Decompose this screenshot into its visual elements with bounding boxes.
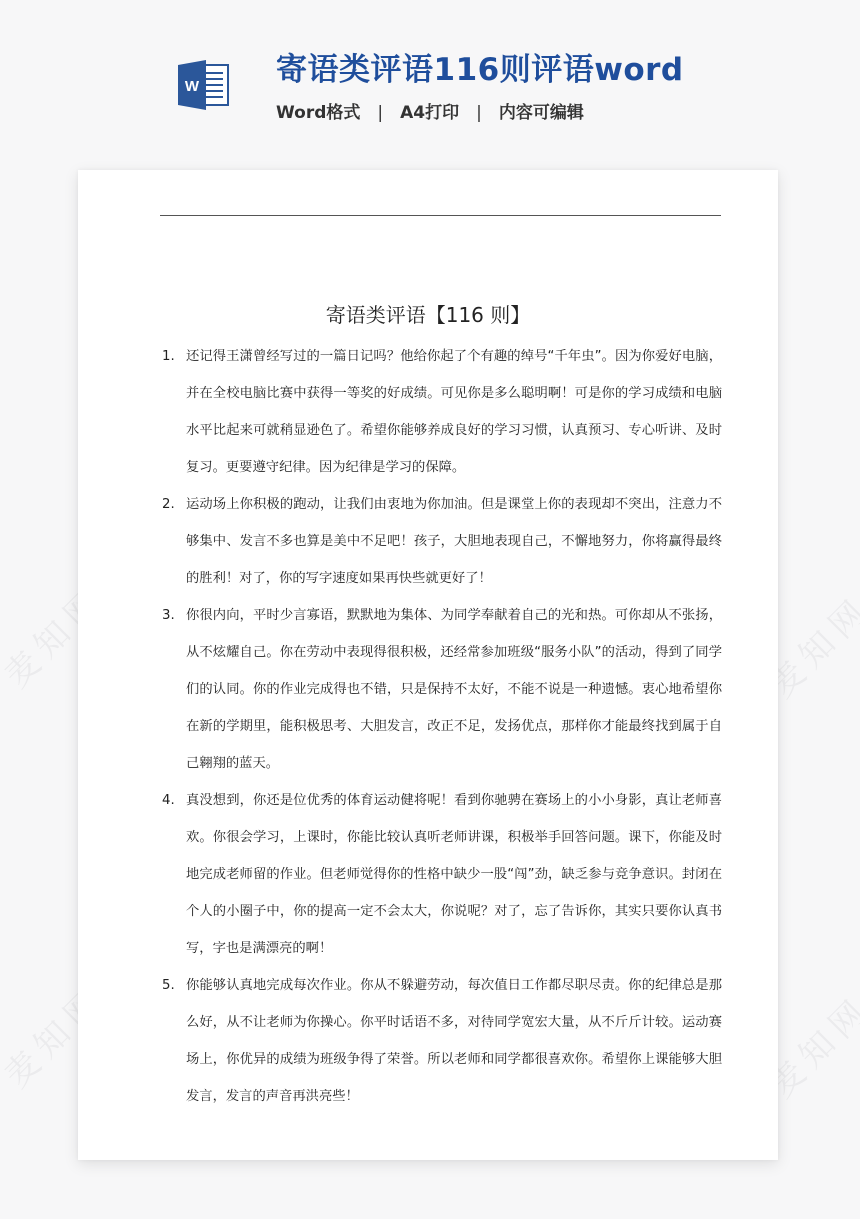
item-number: 3. xyxy=(162,597,175,634)
item-number: 2. xyxy=(162,486,175,523)
separator: | xyxy=(377,100,383,126)
document-tags: Word格式 | A4打印 | 内容可编辑 xyxy=(276,100,584,126)
item-text: 还记得王潇曾经写过的一篇日记吗？他给你起了个有趣的绰号“千年虫”。因为你爱好电脑… xyxy=(186,349,722,475)
list-item: 3. 你很内向，平时少言寡语，默默地为集体、为同学奉献着自己的光和热。可你却从不… xyxy=(160,597,722,782)
document-page: 寄语类评语【116 则】 1. 还记得王潇曾经写过的一篇日记吗？他给你起了个有趣… xyxy=(78,170,778,1160)
list-item: 4. 真没想到，你还是位优秀的体育运动健将呢！看到你驰骋在赛场上的小小身影，真让… xyxy=(160,782,722,967)
tag-print: A4打印 xyxy=(400,100,459,126)
item-number: 1. xyxy=(162,338,175,375)
list-item: 1. 还记得王潇曾经写过的一篇日记吗？他给你起了个有趣的绰号“千年虫”。因为你爱… xyxy=(160,338,722,486)
tag-format: Word格式 xyxy=(276,100,360,126)
content-title: 寄语类评语【116 则】 xyxy=(78,300,778,330)
preview-header: W 寄语类评语116则评语word Word格式 | A4打印 | 内容可编辑 xyxy=(0,0,860,150)
svg-text:W: W xyxy=(185,78,200,95)
tag-editable: 内容可编辑 xyxy=(499,100,584,126)
item-text: 你能够认真地完成每次作业。你从不躲避劳动，每次值日工作都尽职尽责。你的纪律总是那… xyxy=(186,978,722,1104)
item-number: 4. xyxy=(162,782,175,819)
item-text: 运动场上你积极的跑动，让我们由衷地为你加油。但是课堂上你的表现却不突出，注意力不… xyxy=(186,497,722,586)
separator: | xyxy=(476,100,482,126)
item-text: 真没想到，你还是位优秀的体育运动健将呢！看到你驰骋在赛场上的小小身影，真让老师喜… xyxy=(186,793,722,956)
item-text: 你很内向，平时少言寡语，默默地为集体、为同学奉献着自己的光和热。可你却从不张扬，… xyxy=(186,608,722,771)
word-icon: W xyxy=(176,58,230,112)
list-item: 5. 你能够认真地完成每次作业。你从不躲避劳动，每次值日工作都尽职尽责。你的纪律… xyxy=(160,967,722,1115)
comment-list: 1. 还记得王潇曾经写过的一篇日记吗？他给你起了个有趣的绰号“千年虫”。因为你爱… xyxy=(160,338,722,1115)
list-item: 2. 运动场上你积极的跑动，让我们由衷地为你加油。但是课堂上你的表现却不突出，注… xyxy=(160,486,722,597)
item-number: 5. xyxy=(162,967,175,1004)
header-rule xyxy=(160,215,721,216)
document-title: 寄语类评语116则评语word xyxy=(276,50,684,90)
